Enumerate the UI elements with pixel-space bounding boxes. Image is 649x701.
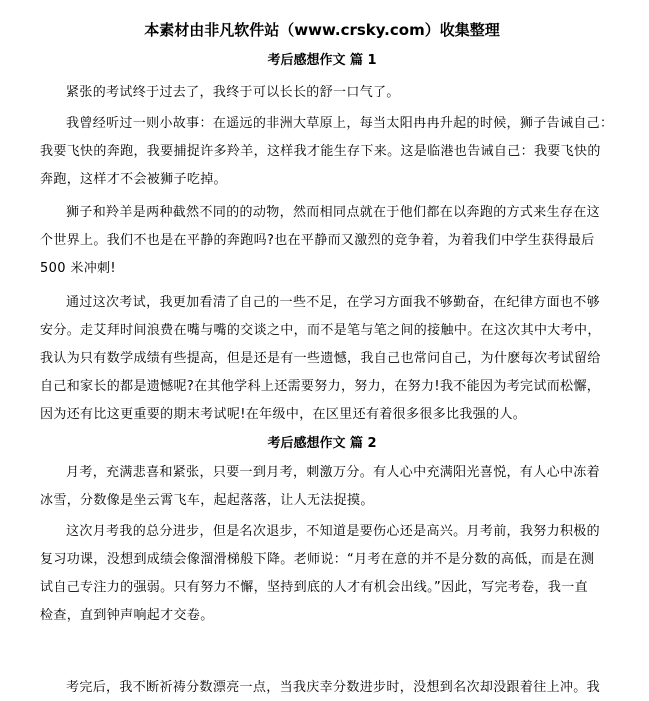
text-line: 通过这次考试，我更加看清了自己的一些不足，在学习方面我不够勤奋，在纪律方面也不够 (40, 289, 604, 317)
paragraph: 紧张的考试终于过去了，我终于可以长长的舒一口气了。 (40, 79, 604, 107)
section-heading-1: 考后感想作文 篇 1 (40, 51, 604, 71)
text-line: 我认为只有数学成绩有些提高，但是还是有一些遗憾，我自己也常问自己，为什麽每次考试… (40, 345, 604, 373)
text-line: 冰雪，分数像是坐云霄飞车，起起落落，让人无法捉摸。 (40, 487, 604, 515)
text-line: 我曾经听过一则小故事：在遥远的非洲大草原上，每当太阳冉冉升起的时候，狮子告诫自己… (40, 110, 604, 138)
document-title: 本素材由非凡软件站（www.crsky.com）收集整理 (40, 19, 604, 41)
text-line: 检查，直到钟声响起才交卷。 (40, 602, 604, 630)
text-line: 考完后，我不断祈祷分数漂亮一点，当我庆幸分数进步时，没想到名次却没跟着往上冲。我 (40, 674, 604, 701)
text-line: 狮子和羚羊是两种截然不同的的动物，然而相同点就在于他们都在以奔跑的方式来生存在这 (40, 199, 604, 227)
text-line: 这次月考我的总分进步，但是名次退步，不知道是要伤心还是高兴。月考前，我努力积极的 (40, 518, 604, 546)
paragraph: 狮子和羚羊是两种截然不同的的动物，然而相同点就在于他们都在以奔跑的方式来生存在这… (40, 199, 604, 283)
text-line: 我要飞快的奔跑，我要捕捉许多羚羊，这样我才能生存下来。这是临港也告诫自己：我要飞… (40, 138, 604, 166)
section-heading-2: 考后感想作文 篇 2 (40, 434, 604, 454)
text-line: 试自己专注力的强弱。只有努力不懈，坚持到底的人才有机会出线。”因此，写完考卷，我… (40, 574, 604, 602)
text-line: 奔跑，这样才不会被狮子吃掉。 (40, 166, 604, 194)
text-line: 月考，充满悲喜和紧张，只要一到月考，刺激万分。有人心中充满阳光喜悦，有人心中冻着 (40, 459, 604, 487)
paragraph: 我曾经听过一则小故事：在遥远的非洲大草原上，每当太阳冉冉升起的时候，狮子告诫自己… (40, 110, 604, 194)
paragraph: 通过这次考试，我更加看清了自己的一些不足，在学习方面我不够勤奋，在纪律方面也不够… (40, 289, 604, 429)
text-line: 紧张的考试终于过去了，我终于可以长长的舒一口气了。 (40, 79, 604, 107)
text-line: 复习功课，没想到成绩会像溜滑梯般下降。老师说：“月考在意的并不是分数的高低，而是… (40, 546, 604, 574)
paragraph: 考完后，我不断祈祷分数漂亮一点，当我庆幸分数进步时，没想到名次却没跟着往上冲。我 (40, 674, 604, 701)
text-line: 安分。走艾拜时间浪费在嘴与嘴的交谈之中，而不是笔与笔之间的接触中。在这次其中大考… (40, 317, 604, 345)
text-line: 500 米冲刺! (40, 255, 604, 283)
text-line: 自己和家长的都是遗憾呢?在其他学科上还需要努力，努力，在努力!我不能因为考完试而… (40, 373, 604, 401)
paragraph: 月考，充满悲喜和紧张，只要一到月考，刺激万分。有人心中充满阳光喜悦，有人心中冻着… (40, 459, 604, 515)
paragraph: 这次月考我的总分进步，但是名次退步，不知道是要伤心还是高兴。月考前，我努力积极的… (40, 518, 604, 630)
text-line: 个世界上。我们不也是在平静的奔跑吗?也在平静而又激烈的竞争着，为着我们中学生获得… (40, 227, 604, 255)
text-line: 因为还有比这更重要的期末考试呢!在年级中，在区里还有着很多很多比我强的人。 (40, 401, 604, 429)
